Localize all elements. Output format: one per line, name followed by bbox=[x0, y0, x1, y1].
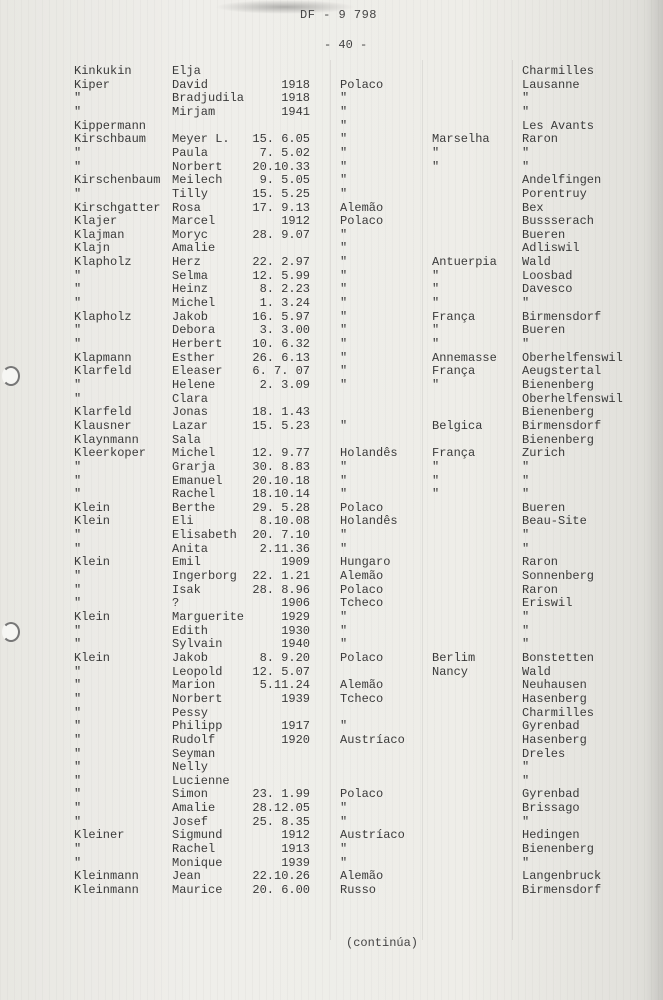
surname-cell: " bbox=[74, 474, 81, 488]
given-name-cell: Rachel bbox=[172, 842, 215, 856]
birth-date-cell: 20.10.33 bbox=[248, 160, 310, 174]
nationality-cell: Russo bbox=[340, 883, 376, 897]
surname-cell: " bbox=[74, 747, 81, 761]
surname-cell: Kiper bbox=[74, 78, 110, 92]
surname-cell: Klapholz bbox=[74, 255, 132, 269]
surname-cell: Kirschbaum bbox=[74, 132, 146, 146]
origin-cell: França bbox=[432, 364, 475, 378]
birth-date-cell: 1940 bbox=[248, 637, 310, 651]
birth-date-cell: 8.10.08 bbox=[248, 514, 310, 528]
nationality-cell: " bbox=[340, 719, 347, 733]
nationality-cell: " bbox=[340, 337, 347, 351]
location-cell: " bbox=[522, 337, 529, 351]
given-name-cell: David bbox=[172, 78, 208, 92]
surname-cell: Klajer bbox=[74, 214, 117, 228]
given-name-cell: Berthe bbox=[172, 501, 215, 515]
origin-cell: " bbox=[432, 146, 439, 160]
surname-cell: " bbox=[74, 296, 81, 310]
surname-cell: Klausner bbox=[74, 419, 132, 433]
birth-date-cell: 1930 bbox=[248, 624, 310, 638]
origin-cell: " bbox=[432, 378, 439, 392]
given-name-cell: Elja bbox=[172, 64, 201, 78]
surname-cell: Klapmann bbox=[74, 351, 132, 365]
birth-date-cell: 1939 bbox=[248, 692, 310, 706]
given-name-cell: Emanuel bbox=[172, 474, 222, 488]
birth-date-cell: 22.10.26 bbox=[248, 869, 310, 883]
birth-date-cell: 29. 5.28 bbox=[248, 501, 310, 515]
given-name-cell: Jakob bbox=[172, 651, 208, 665]
location-cell: " bbox=[522, 146, 529, 160]
surname-cell: " bbox=[74, 105, 81, 119]
nationality-cell: " bbox=[340, 296, 347, 310]
surname-cell: Kleerkoper bbox=[74, 446, 146, 460]
given-name-cell: Anita bbox=[172, 542, 208, 556]
location-cell: Loosbad bbox=[522, 269, 572, 283]
given-name-cell: Meyer L. bbox=[172, 132, 230, 146]
location-cell: Porentruy bbox=[522, 187, 587, 201]
location-cell: " bbox=[522, 774, 529, 788]
surname-cell: " bbox=[74, 856, 81, 870]
nationality-cell: Tcheco bbox=[340, 692, 383, 706]
surname-cell: Klein bbox=[74, 651, 110, 665]
surname-cell: " bbox=[74, 733, 81, 747]
origin-cell: " bbox=[432, 337, 439, 351]
given-name-cell: Michel bbox=[172, 446, 215, 460]
nationality-cell: " bbox=[340, 842, 347, 856]
location-cell: " bbox=[522, 815, 529, 829]
birth-date-cell: 1917 bbox=[248, 719, 310, 733]
nationality-cell: " bbox=[340, 241, 347, 255]
given-name-cell: Elisabeth bbox=[172, 528, 237, 542]
location-cell: Hasenberg bbox=[522, 733, 587, 747]
location-cell: Bueren bbox=[522, 501, 565, 515]
location-cell: Andelfingen bbox=[522, 173, 601, 187]
given-name-cell: Monique bbox=[172, 856, 222, 870]
birth-date-cell: 25. 8.35 bbox=[248, 815, 310, 829]
given-name-cell: Nelly bbox=[172, 760, 208, 774]
nationality-cell: Alemão bbox=[340, 678, 383, 692]
surname-cell: Klarfeld bbox=[74, 405, 132, 419]
given-name-cell: Jonas bbox=[172, 405, 208, 419]
location-cell: Langenbruck bbox=[522, 869, 601, 883]
surname-cell: " bbox=[74, 815, 81, 829]
location-cell: Dreles bbox=[522, 747, 565, 761]
surname-cell: " bbox=[74, 160, 81, 174]
given-name-cell: Moryc bbox=[172, 228, 208, 242]
given-name-cell: Mirjam bbox=[172, 105, 215, 119]
birth-date-cell: 1941 bbox=[248, 105, 310, 119]
surname-cell: " bbox=[74, 187, 81, 201]
origin-cell: " bbox=[432, 460, 439, 474]
given-name-cell: Sylvain bbox=[172, 637, 222, 651]
nationality-cell: " bbox=[340, 801, 347, 815]
nationality-cell: Polaco bbox=[340, 651, 383, 665]
surname-cell: " bbox=[74, 146, 81, 160]
given-name-cell: Ingerborg bbox=[172, 569, 237, 583]
origin-cell: " bbox=[432, 282, 439, 296]
nationality-cell: " bbox=[340, 856, 347, 870]
origin-cell: Nancy bbox=[432, 665, 468, 679]
birth-date-cell: 8. 9.20 bbox=[248, 651, 310, 665]
given-name-cell: Helene bbox=[172, 378, 215, 392]
given-name-cell: Esther bbox=[172, 351, 215, 365]
nationality-cell: " bbox=[340, 269, 347, 283]
document-reference: DF - 9 798 bbox=[300, 8, 377, 22]
birth-date-cell: 1939 bbox=[248, 856, 310, 870]
birth-date-cell: 5.11.24 bbox=[248, 678, 310, 692]
surname-cell: " bbox=[74, 665, 81, 679]
surname-cell: Klarfeld bbox=[74, 364, 132, 378]
surname-cell: Klein bbox=[74, 610, 110, 624]
nationality-cell: " bbox=[340, 187, 347, 201]
nationality-cell: " bbox=[340, 119, 347, 133]
birth-date-cell: 15. 5.23 bbox=[248, 419, 310, 433]
surname-cell: " bbox=[74, 542, 81, 556]
nationality-cell: " bbox=[340, 378, 347, 392]
birth-date-cell: 12. 5.07 bbox=[248, 665, 310, 679]
location-cell: Birmensdorf bbox=[522, 883, 601, 897]
surname-cell: " bbox=[74, 460, 81, 474]
nationality-cell: " bbox=[340, 474, 347, 488]
given-name-cell: Rachel bbox=[172, 487, 215, 501]
given-name-cell: Josef bbox=[172, 815, 208, 829]
given-name-cell: Eleaser bbox=[172, 364, 222, 378]
surname-cell: Klein bbox=[74, 514, 110, 528]
given-name-cell: Lucienne bbox=[172, 774, 230, 788]
birth-date-cell: 28. 8.96 bbox=[248, 583, 310, 597]
given-name-cell: Isak bbox=[172, 583, 201, 597]
nationality-cell: " bbox=[340, 610, 347, 624]
birth-date-cell: 1906 bbox=[248, 596, 310, 610]
given-name-cell: Emil bbox=[172, 555, 201, 569]
given-name-cell: Michel bbox=[172, 296, 215, 310]
page-edge-shadow bbox=[645, 0, 663, 1000]
location-cell: Bienenberg bbox=[522, 405, 594, 419]
surname-cell: Klein bbox=[74, 555, 110, 569]
surname-cell: " bbox=[74, 719, 81, 733]
nationality-cell: " bbox=[340, 542, 347, 556]
location-cell: Bueren bbox=[522, 228, 565, 242]
location-cell: Wald bbox=[522, 255, 551, 269]
birth-date-cell: 28.12.05 bbox=[248, 801, 310, 815]
given-name-cell: Amalie bbox=[172, 241, 215, 255]
given-name-cell: Sigmund bbox=[172, 828, 222, 842]
surname-cell: Kinkukin bbox=[74, 64, 132, 78]
location-cell: Bienenberg bbox=[522, 378, 594, 392]
surname-cell: " bbox=[74, 760, 81, 774]
location-cell: Sonnenberg bbox=[522, 569, 594, 583]
nationality-cell: Polaco bbox=[340, 583, 383, 597]
location-cell: Lausanne bbox=[522, 78, 580, 92]
location-cell: " bbox=[522, 760, 529, 774]
nationality-cell: Holandês bbox=[340, 446, 398, 460]
location-cell: Birmensdorf bbox=[522, 310, 601, 324]
origin-cell: " bbox=[432, 323, 439, 337]
given-name-cell: Philipp bbox=[172, 719, 222, 733]
nationality-cell: Polaco bbox=[340, 78, 383, 92]
birth-date-cell: 22. 1.21 bbox=[248, 569, 310, 583]
surname-cell: " bbox=[74, 583, 81, 597]
nationality-cell: " bbox=[340, 323, 347, 337]
location-cell: " bbox=[522, 460, 529, 474]
surname-cell: Kippermann bbox=[74, 119, 146, 133]
given-name-cell: Norbert bbox=[172, 160, 222, 174]
location-cell: Brissago bbox=[522, 801, 580, 815]
birth-date-cell: 1912 bbox=[248, 828, 310, 842]
given-name-cell: Clara bbox=[172, 392, 208, 406]
location-cell: " bbox=[522, 528, 529, 542]
given-name-cell: Selma bbox=[172, 269, 208, 283]
origin-cell: França bbox=[432, 310, 475, 324]
origin-cell: Marselha bbox=[432, 132, 490, 146]
given-name-cell: Edith bbox=[172, 624, 208, 638]
location-cell: Bex bbox=[522, 201, 544, 215]
surname-cell: " bbox=[74, 706, 81, 720]
surname-cell: " bbox=[74, 801, 81, 815]
birth-date-cell: 3. 3.00 bbox=[248, 323, 310, 337]
origin-cell: Annemasse bbox=[432, 351, 497, 365]
location-cell: Charmilles bbox=[522, 64, 594, 78]
location-cell: " bbox=[522, 637, 529, 651]
location-cell: Neuhausen bbox=[522, 678, 587, 692]
surname-cell: Kleinmann bbox=[74, 869, 139, 883]
nationality-cell: " bbox=[340, 160, 347, 174]
location-cell: " bbox=[522, 610, 529, 624]
birth-date-cell: 28. 9.07 bbox=[248, 228, 310, 242]
origin-cell: Berlim bbox=[432, 651, 475, 665]
birth-date-cell: 12. 5.99 bbox=[248, 269, 310, 283]
origin-cell: Belgica bbox=[432, 419, 482, 433]
nationality-cell: Alemão bbox=[340, 869, 383, 883]
given-name-cell: Jean bbox=[172, 869, 201, 883]
surname-cell: " bbox=[74, 487, 81, 501]
punch-hole-icon bbox=[2, 366, 20, 386]
given-name-cell: Pessy bbox=[172, 706, 208, 720]
surname-cell: " bbox=[74, 787, 81, 801]
location-cell: Hedingen bbox=[522, 828, 580, 842]
given-name-cell: Simon bbox=[172, 787, 208, 801]
location-cell: " bbox=[522, 856, 529, 870]
surname-cell: " bbox=[74, 337, 81, 351]
birth-date-cell: 1918 bbox=[248, 91, 310, 105]
birth-date-cell: 23. 1.99 bbox=[248, 787, 310, 801]
page-number: - 40 - bbox=[324, 38, 367, 52]
nationality-cell: " bbox=[340, 364, 347, 378]
surname-cell: " bbox=[74, 91, 81, 105]
surname-cell: Klajman bbox=[74, 228, 124, 242]
location-cell: Davesco bbox=[522, 282, 572, 296]
birth-date-cell: 18.10.14 bbox=[248, 487, 310, 501]
surname-cell: Kleinmann bbox=[74, 883, 139, 897]
location-cell: " bbox=[522, 105, 529, 119]
nationality-cell: Polaco bbox=[340, 501, 383, 515]
location-cell: " bbox=[522, 91, 529, 105]
nationality-cell: " bbox=[340, 105, 347, 119]
birth-date-cell: 1912 bbox=[248, 214, 310, 228]
birth-date-cell: 6. 7. 07 bbox=[248, 364, 310, 378]
surname-cell: " bbox=[74, 637, 81, 651]
nationality-cell: Hungaro bbox=[340, 555, 390, 569]
surname-cell: " bbox=[74, 282, 81, 296]
given-name-cell: Tilly bbox=[172, 187, 208, 201]
given-name-cell: Herz bbox=[172, 255, 201, 269]
nationality-cell: Holandês bbox=[340, 514, 398, 528]
given-name-cell: Herbert bbox=[172, 337, 222, 351]
surname-cell: " bbox=[74, 596, 81, 610]
birth-date-cell: 1918 bbox=[248, 78, 310, 92]
surname-cell: " bbox=[74, 692, 81, 706]
given-name-cell: Marion bbox=[172, 678, 215, 692]
birth-date-cell: 17. 9.13 bbox=[248, 201, 310, 215]
origin-cell: França bbox=[432, 446, 475, 460]
location-cell: Wald bbox=[522, 665, 551, 679]
surname-cell: Kirschenbaum bbox=[74, 173, 160, 187]
location-cell: Birmensdorf bbox=[522, 419, 601, 433]
given-name-cell: ? bbox=[172, 596, 179, 610]
birth-date-cell: 1913 bbox=[248, 842, 310, 856]
given-name-cell: Paula bbox=[172, 146, 208, 160]
surname-cell: " bbox=[74, 392, 81, 406]
location-cell: " bbox=[522, 296, 529, 310]
surname-cell: Klaynmann bbox=[74, 433, 139, 447]
given-name-cell: Bradjudila bbox=[172, 91, 244, 105]
surname-cell: " bbox=[74, 528, 81, 542]
location-cell: Raron bbox=[522, 583, 558, 597]
location-cell: Eriswil bbox=[522, 596, 572, 610]
birth-date-cell: 1909 bbox=[248, 555, 310, 569]
location-cell: Beau-Site bbox=[522, 514, 587, 528]
surname-cell: " bbox=[74, 323, 81, 337]
surname-cell: " bbox=[74, 842, 81, 856]
given-name-cell: Heinz bbox=[172, 282, 208, 296]
birth-date-cell: 2.11.36 bbox=[248, 542, 310, 556]
location-cell: " bbox=[522, 487, 529, 501]
nationality-cell: " bbox=[340, 173, 347, 187]
given-name-cell: Marguerite bbox=[172, 610, 244, 624]
location-cell: Bueren bbox=[522, 323, 565, 337]
birth-date-cell: 20. 6.00 bbox=[248, 883, 310, 897]
birth-date-cell: 12. 9.77 bbox=[248, 446, 310, 460]
birth-date-cell: 18. 1.43 bbox=[248, 405, 310, 419]
column-rule bbox=[512, 60, 513, 940]
location-cell: Aeugstertal bbox=[522, 364, 601, 378]
given-name-cell: Seyman bbox=[172, 747, 215, 761]
origin-cell: " bbox=[432, 296, 439, 310]
nationality-cell: " bbox=[340, 419, 347, 433]
given-name-cell: Rudolf bbox=[172, 733, 215, 747]
birth-date-cell: 15. 6.05 bbox=[248, 132, 310, 146]
nationality-cell: Alemão bbox=[340, 201, 383, 215]
given-name-cell: Eli bbox=[172, 514, 194, 528]
origin-cell: " bbox=[432, 160, 439, 174]
surname-cell: Kleiner bbox=[74, 828, 124, 842]
nationality-cell: " bbox=[340, 132, 347, 146]
birth-date-cell: 15. 5.25 bbox=[248, 187, 310, 201]
given-name-cell: Grarja bbox=[172, 460, 215, 474]
given-name-cell: Maurice bbox=[172, 883, 222, 897]
given-name-cell: Meilech bbox=[172, 173, 222, 187]
column-rule bbox=[330, 60, 331, 940]
birth-date-cell: 8. 2.23 bbox=[248, 282, 310, 296]
given-name-cell: Rosa bbox=[172, 201, 201, 215]
punch-hole-icon bbox=[2, 622, 20, 642]
location-cell: Bussserach bbox=[522, 214, 594, 228]
location-cell: Gyrenbad bbox=[522, 787, 580, 801]
location-cell: Bienenberg bbox=[522, 433, 594, 447]
location-cell: Gyrenbad bbox=[522, 719, 580, 733]
location-cell: Hasenberg bbox=[522, 692, 587, 706]
location-cell: " bbox=[522, 474, 529, 488]
birth-date-cell: 20. 7.10 bbox=[248, 528, 310, 542]
nationality-cell: " bbox=[340, 460, 347, 474]
given-name-cell: Sala bbox=[172, 433, 201, 447]
nationality-cell: " bbox=[340, 487, 347, 501]
location-cell: Bienenberg bbox=[522, 842, 594, 856]
nationality-cell: Polaco bbox=[340, 787, 383, 801]
column-rule bbox=[422, 60, 423, 940]
nationality-cell: " bbox=[340, 255, 347, 269]
nationality-cell: Polaco bbox=[340, 214, 383, 228]
nationality-cell: Austríaco bbox=[340, 828, 405, 842]
nationality-cell: " bbox=[340, 815, 347, 829]
nationality-cell: " bbox=[340, 228, 347, 242]
birth-date-cell: 1920 bbox=[248, 733, 310, 747]
given-name-cell: Amalie bbox=[172, 801, 215, 815]
surname-cell: " bbox=[74, 624, 81, 638]
nationality-cell: " bbox=[340, 91, 347, 105]
surname-cell: " bbox=[74, 774, 81, 788]
surname-cell: " bbox=[74, 269, 81, 283]
location-cell: " bbox=[522, 160, 529, 174]
surname-cell: Klajn bbox=[74, 241, 110, 255]
nationality-cell: Austríaco bbox=[340, 733, 405, 747]
birth-date-cell: 22. 2.97 bbox=[248, 255, 310, 269]
location-cell: Zurich bbox=[522, 446, 565, 460]
nationality-cell: Alemão bbox=[340, 569, 383, 583]
given-name-cell: Lazar bbox=[172, 419, 208, 433]
given-name-cell: Jakob bbox=[172, 310, 208, 324]
birth-date-cell: 16. 5.97 bbox=[248, 310, 310, 324]
nationality-cell: " bbox=[340, 282, 347, 296]
location-cell: Raron bbox=[522, 132, 558, 146]
given-name-cell: Leopold bbox=[172, 665, 222, 679]
nationality-cell: " bbox=[340, 351, 347, 365]
birth-date-cell: 30. 8.83 bbox=[248, 460, 310, 474]
location-cell: Oberhelfenswil bbox=[522, 392, 623, 406]
document-page: DF - 9 798 - 40 - KinkukinEljaCharmilles… bbox=[0, 0, 663, 1000]
location-cell: Adliswil bbox=[522, 241, 580, 255]
location-cell: Les Avants bbox=[522, 119, 594, 133]
birth-date-cell: 26. 6.13 bbox=[248, 351, 310, 365]
birth-date-cell: 7. 5.02 bbox=[248, 146, 310, 160]
surname-cell: " bbox=[74, 569, 81, 583]
surname-cell: " bbox=[74, 678, 81, 692]
location-cell: " bbox=[522, 624, 529, 638]
birth-date-cell: 1929 bbox=[248, 610, 310, 624]
location-cell: Oberhelfenswil bbox=[522, 351, 623, 365]
birth-date-cell: 10. 6.32 bbox=[248, 337, 310, 351]
given-name-cell: Marcel bbox=[172, 214, 215, 228]
location-cell: Charmilles bbox=[522, 706, 594, 720]
origin-cell: Antuerpia bbox=[432, 255, 497, 269]
nationality-cell: " bbox=[340, 624, 347, 638]
surname-cell: Kirschgatter bbox=[74, 201, 160, 215]
origin-cell: " bbox=[432, 269, 439, 283]
nationality-cell: " bbox=[340, 528, 347, 542]
birth-date-cell: 9. 5.05 bbox=[248, 173, 310, 187]
location-cell: Raron bbox=[522, 555, 558, 569]
birth-date-cell: 20.10.18 bbox=[248, 474, 310, 488]
